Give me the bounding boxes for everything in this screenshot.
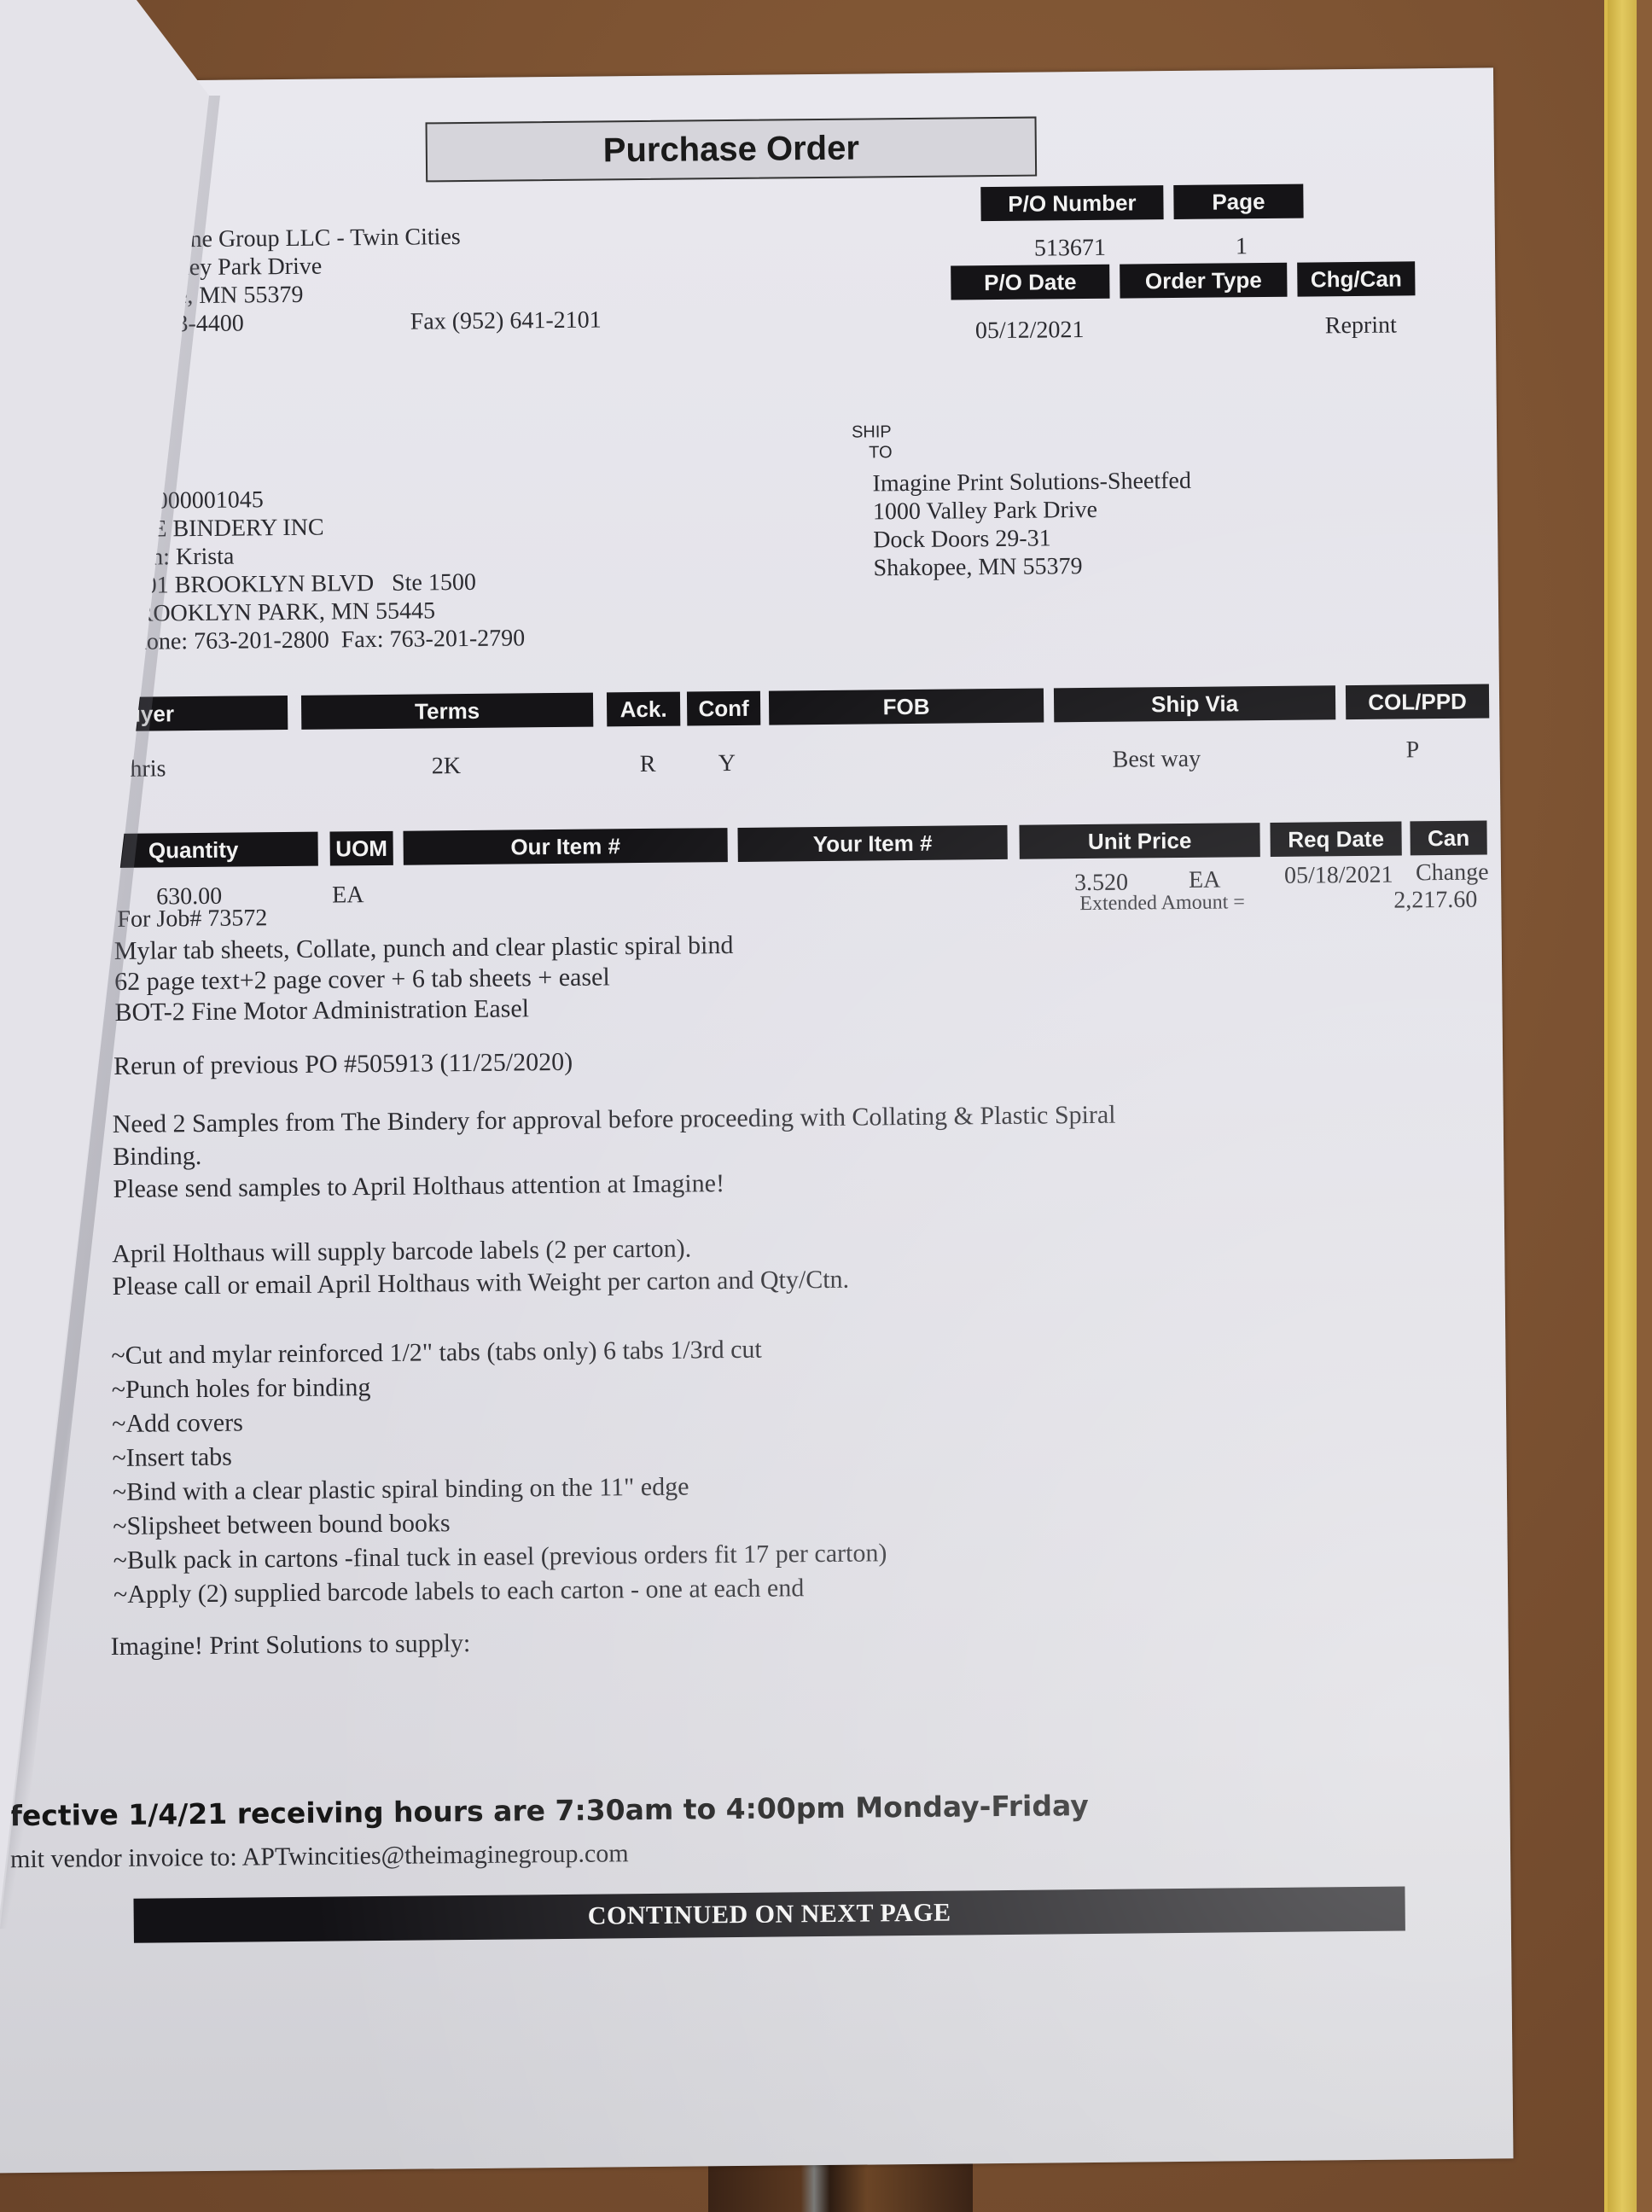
page-value: 1 [1236, 232, 1248, 260]
chg-can-value: Reprint [1325, 311, 1397, 341]
document-title: Purchase Order [426, 117, 1038, 183]
can-value: Change [1416, 859, 1489, 888]
production-steps: ~Cut and mylar reinforced 1/2" tabs (tab… [111, 1331, 887, 1612]
vendor-street: 8201 BROOKLYN BLVD Ste 1500 [121, 568, 525, 600]
req-date-value: 05/18/2021 [1284, 861, 1393, 890]
po-date-header: P/O Date [951, 265, 1109, 300]
yellow-tape-strip [1608, 0, 1637, 2212]
order-type-header: Order Type [1120, 263, 1287, 299]
po-date-value: 05/12/2021 [975, 316, 1085, 345]
page-header: Page [1173, 184, 1303, 219]
ship-to-address: Imagine Print Solutions-Sheetfed 1000 Va… [872, 467, 1192, 583]
po-number-header: P/O Number [980, 185, 1163, 221]
list-item: ~Apply (2) supplied barcode labels to ea… [113, 1570, 887, 1612]
ship-to-dock: Dock Doors 29-31 [873, 523, 1192, 555]
your-item-header: Your Item # [737, 825, 1007, 862]
vendor-address: 000000001045 THE BINDERY INC Attn: Krist… [120, 483, 526, 656]
barcode-labels-note: April Holthaus will supply barcode label… [112, 1231, 849, 1303]
chg-can-header: Chg/Can [1297, 261, 1415, 296]
supply-note: Imagine! Print Solutions to supply: [110, 1629, 470, 1662]
samples-note: Need 2 Samples from The Bindery for appr… [113, 1099, 1117, 1206]
binder-clip-shadow [708, 2159, 973, 2212]
uom-header: UOM [329, 831, 393, 866]
req-date-header: Req Date [1270, 821, 1401, 856]
continued-banner: CONTINUED ON NEXT PAGE [133, 1887, 1405, 1943]
ack-value: R [640, 750, 656, 778]
conf-header: Conf [687, 691, 760, 726]
col-ppd-value: P [1405, 736, 1419, 764]
uom-value: EA [332, 881, 364, 909]
terms-header: Terms [301, 693, 593, 730]
vendor-attn: Attn: Krista [120, 539, 524, 572]
receiving-hours-notice: fective 1/4/21 receiving hours are 7:30a… [9, 1789, 1089, 1832]
ship-to-city: Shakopee, MN 55379 [873, 551, 1192, 583]
vendor-name: THE BINDERY INC [120, 511, 524, 544]
company-fax: Fax (952) 641-2101 [410, 306, 602, 335]
can-header: Can [1410, 821, 1486, 856]
ship-via-value: Best way [1113, 745, 1201, 774]
ship-via-header: Ship Via [1054, 685, 1335, 722]
item-description: Mylar tab sheets, Collate, punch and cle… [114, 930, 735, 1028]
col-ppd-header: COL/PPD [1346, 684, 1489, 719]
unit-price-header: Unit Price [1019, 823, 1259, 859]
rerun-note: Rerun of previous PO #505913 (11/25/2020… [113, 1048, 573, 1081]
extended-amount-label: Extended Amount = [1079, 891, 1245, 916]
fob-header: FOB [769, 689, 1044, 725]
vendor-phone-fax: Phone: 763-201-2800 Fax: 763-201-2790 [121, 624, 525, 656]
conf-value: Y [718, 749, 736, 777]
job-reference: For Job# 73572 [117, 904, 267, 934]
invoice-instructions: mit vendor invoice to: APTwincities@thei… [10, 1839, 629, 1874]
vendor-city: BROOKLYN PARK, MN 55445 [121, 596, 525, 628]
ship-to-label: SHIP TO [852, 422, 893, 463]
vendor-number: 000000001045 [120, 483, 524, 515]
terms-value: 2K [432, 752, 462, 780]
ack-header: Ack. [607, 692, 680, 727]
ship-to-street: 1000 Valley Park Drive [873, 495, 1192, 527]
description-line: BOT-2 Fine Motor Administration Easel [114, 992, 734, 1028]
price-uom-value: EA [1189, 866, 1221, 894]
ship-to-name: Imagine Print Solutions-Sheetfed [872, 467, 1191, 498]
po-number-value: 513671 [1034, 234, 1106, 263]
extended-amount-value: 2,217.60 [1393, 886, 1477, 915]
purchase-order-page: Purchase Order e Imagine Group LLC - Twi… [0, 67, 1513, 2173]
description-line: Mylar tab sheets, Collate, punch and cle… [114, 930, 734, 967]
our-item-header: Our Item # [403, 828, 727, 865]
